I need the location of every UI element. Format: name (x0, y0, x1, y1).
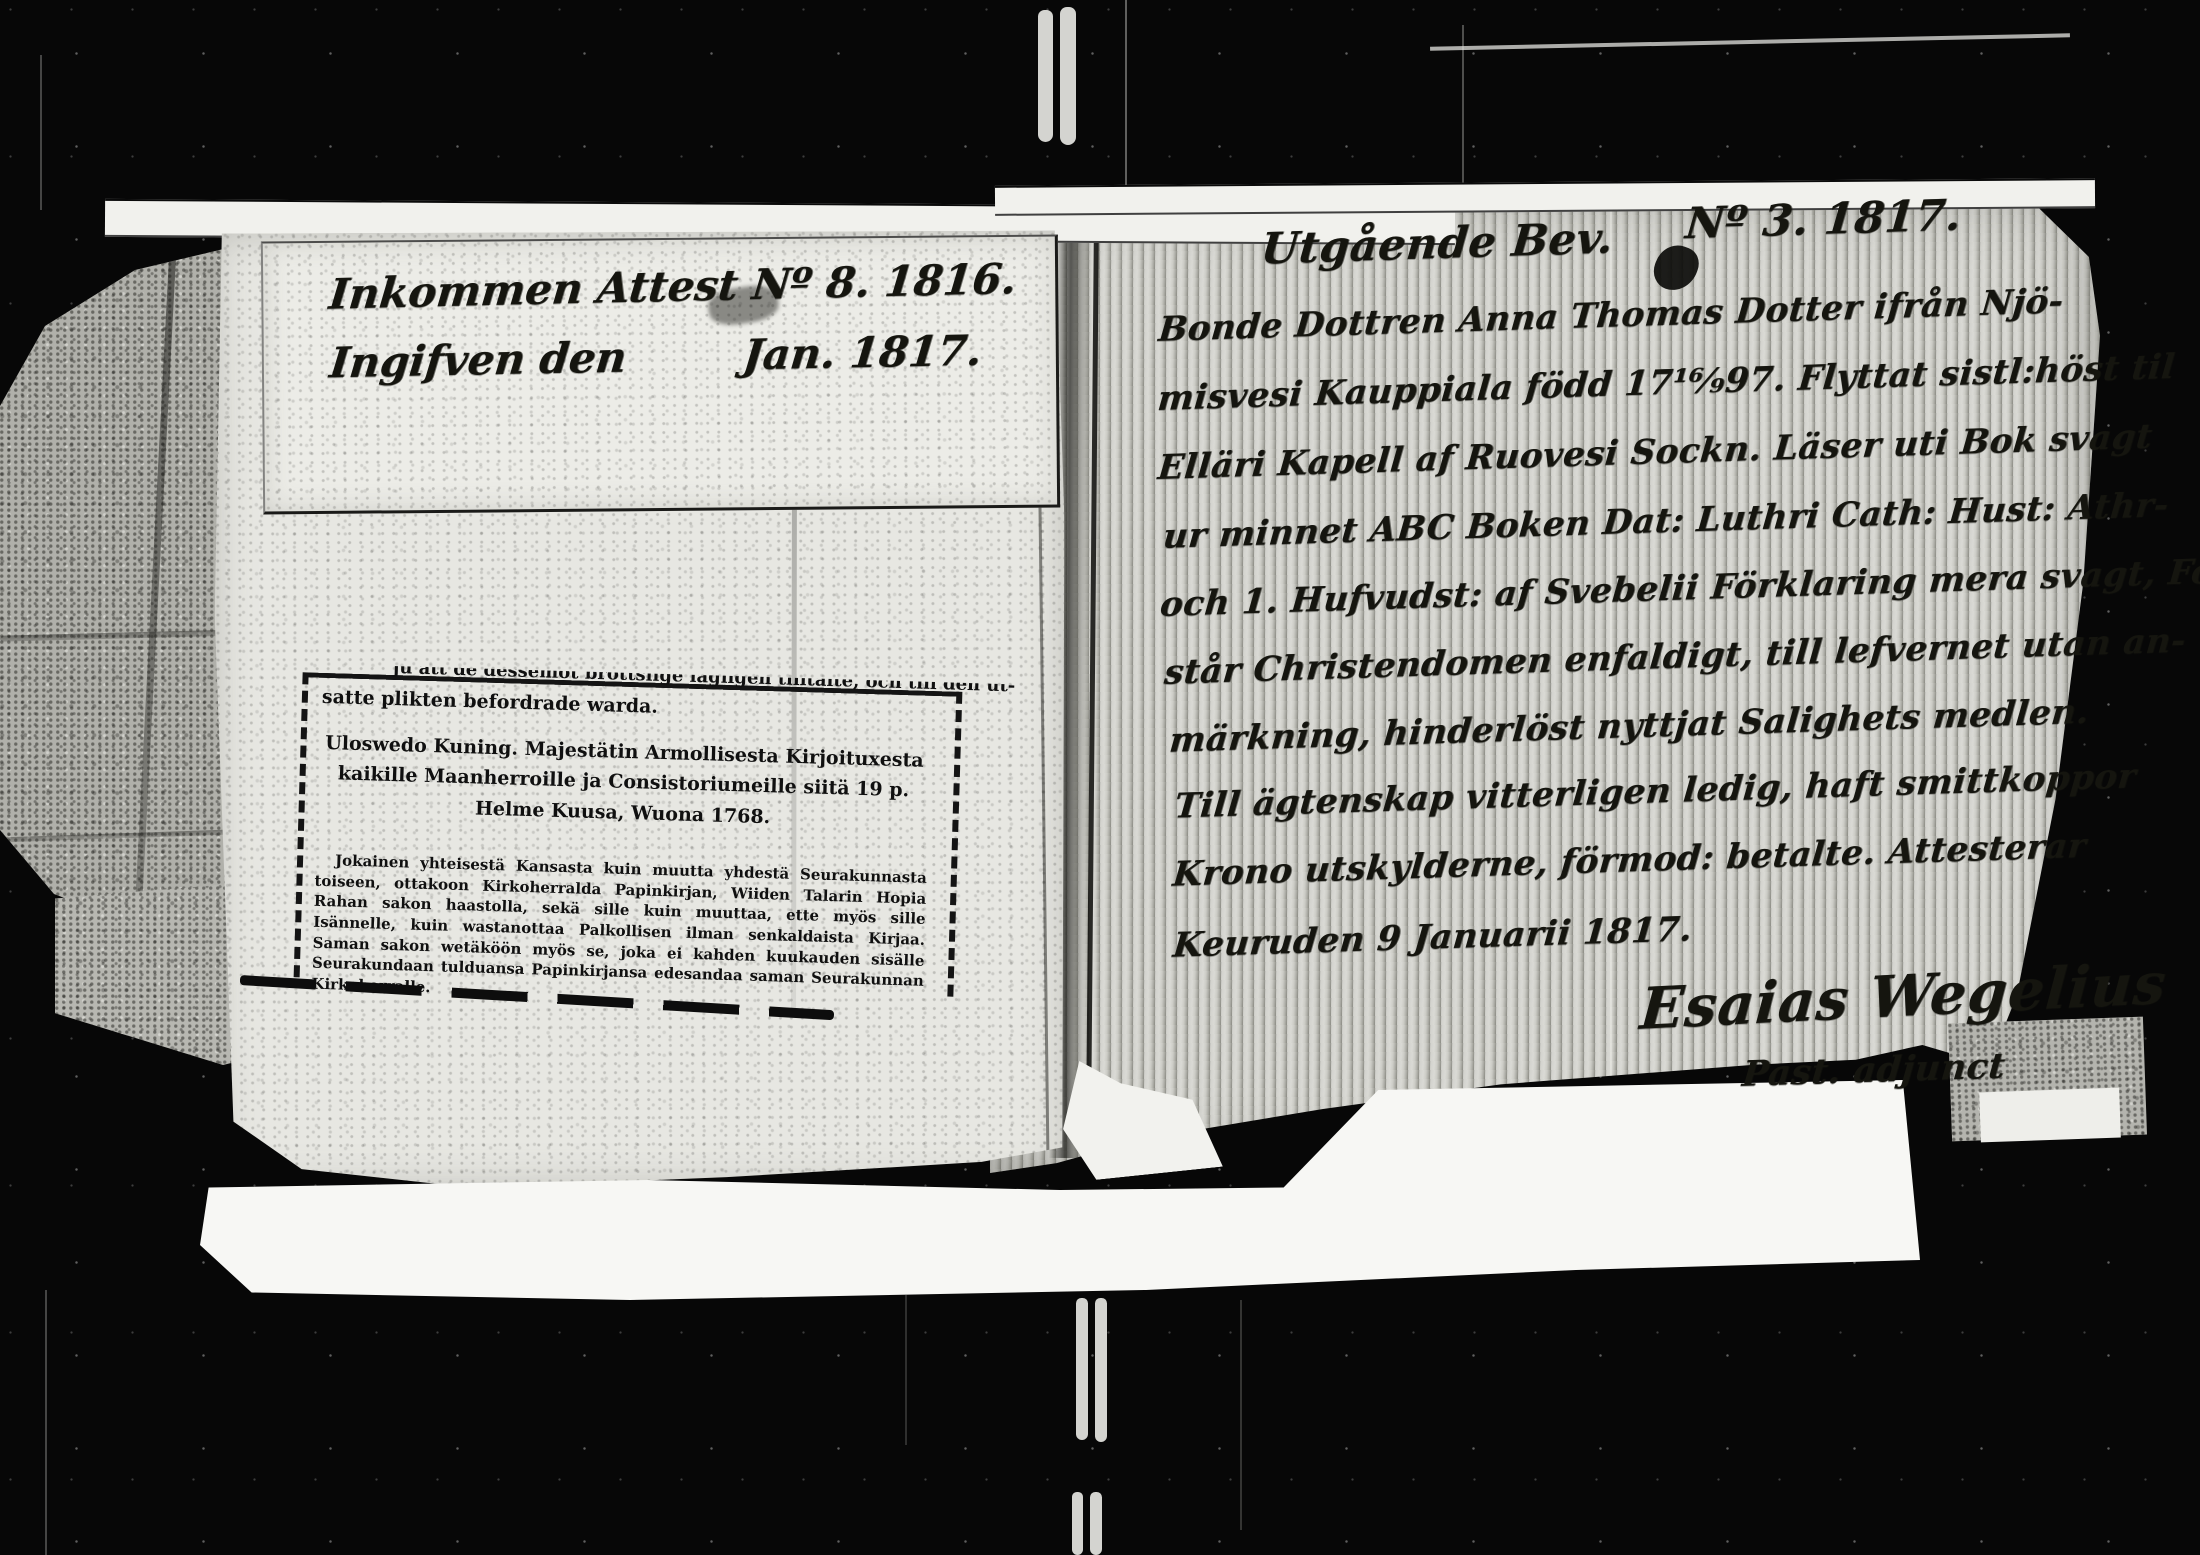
page-edge-highlight (1430, 33, 2070, 50)
right-page-line: Till ägtenskap vitterligen ledig, haft s… (1174, 756, 2137, 826)
printed-heading: Uloswedo Kuning. Majestätin Armollisesta… (322, 728, 924, 837)
line-text: Elläri Kapell af Ruovesi Sockn. Läser ut… (1156, 417, 2154, 488)
right-page-text: Utgående Bev. Nº 3. 1817. Bonde Dottren … (1120, 184, 2150, 1195)
binding-thread (1095, 1298, 1107, 1442)
film-scratch-line (45, 1290, 47, 1555)
line-text: ur minnet ABC Boken Dat: Luthri Cath: Hu… (1161, 485, 2170, 557)
line-text: står Christendomen enfaldigt, till lefve… (1163, 621, 2188, 693)
right-page-line: misvesi Kauppiala född 17¹⁶⁄₉97. Flyttat… (1157, 347, 2175, 419)
right-page-line: Elläri Kapell af Ruovesi Sockn. Läser ut… (1157, 417, 2153, 488)
printed-extract-box: ju att de dessemot brottslige lagligen t… (294, 672, 963, 996)
binding-thread (1090, 1492, 1102, 1555)
signature: Esaias Wegelius (1639, 950, 2168, 1043)
printed-carryover-line: satte plikten befordrade warda. (322, 686, 659, 718)
binding-thread (1072, 1492, 1083, 1555)
film-scratch-line (1125, 0, 1127, 210)
film-scratch-line (1240, 1300, 1242, 1530)
line-text: märkning, hinderlöst nyttjat Salighets m… (1168, 692, 2091, 761)
attest-note-line-2-text: Ingifven den Jan. 1817. (327, 326, 984, 388)
right-page-line: står Christendomen enfaldigt, till lefve… (1164, 621, 2187, 693)
right-page-dateline: Keuruden 9 Januarii 1817. (1172, 909, 1692, 965)
right-page-line: märkning, hinderlöst nyttjat Salighets m… (1169, 692, 2090, 761)
binding-thread (1038, 10, 1053, 142)
film-scratch-line (40, 55, 42, 210)
line-text: Till ägtenskap vitterligen ledig, haft s… (1173, 756, 2138, 826)
film-scratch-line (905, 1295, 907, 1445)
right-page-line: Bonde Dottren Anna Thomas Dotter ifrån N… (1158, 281, 2064, 349)
microfilm-scan: Inkommen Attest Nº 8. 1816. Ingifven den… (0, 0, 2200, 1555)
line-text: Krono utskylderne, förmod: betalte. Atte… (1171, 826, 2088, 895)
header-number-text: Nº 3. 1817. (1683, 190, 1963, 249)
line-text: Bonde Dottren Anna Thomas Dotter ifrån N… (1157, 281, 2065, 350)
right-page-line: och 1. Hufvudst: af Svebelii Förklaring … (1160, 551, 2200, 625)
page-edge-line (1038, 499, 1049, 1159)
right-page-header-title: Utgående Bev. (1260, 214, 1614, 275)
header-title-text: Utgående Bev. (1259, 213, 1616, 274)
attest-note-line-1-text: Inkommen Attest Nº 8. 1816. (327, 254, 1019, 319)
attest-note-line-1: Inkommen Attest Nº 8. 1816. (329, 254, 1017, 319)
line-text: och 1. Hufvudst: af Svebelii Förklaring … (1158, 551, 2200, 625)
right-page-header-number: Nº 3. 1817. (1685, 191, 1962, 250)
right-page-line: ur minnet ABC Boken Dat: Luthri Cath: Hu… (1163, 485, 2170, 557)
binding-thread (1060, 7, 1076, 145)
binding-thread (1076, 1298, 1088, 1440)
signature-title-text: Past. adjunct (1740, 1046, 2007, 1095)
signature-title: Past. adjunct (1742, 1046, 2006, 1095)
dateline-text: Keuruden 9 Januarii 1817. (1171, 909, 1694, 965)
line-text: misvesi Kauppiala född 17¹⁶⁄₉97. Flyttat… (1156, 347, 2177, 419)
paper-crease (131, 250, 177, 989)
signature-text: Esaias Wegelius (1638, 950, 2169, 1043)
attest-note-card: Inkommen Attest Nº 8. 1816. Ingifven den… (261, 235, 1060, 515)
right-page-line: Krono utskylderne, förmod: betalte. Atte… (1172, 826, 2087, 895)
attest-note-line-2: Ingifven den Jan. 1817. (329, 326, 982, 388)
